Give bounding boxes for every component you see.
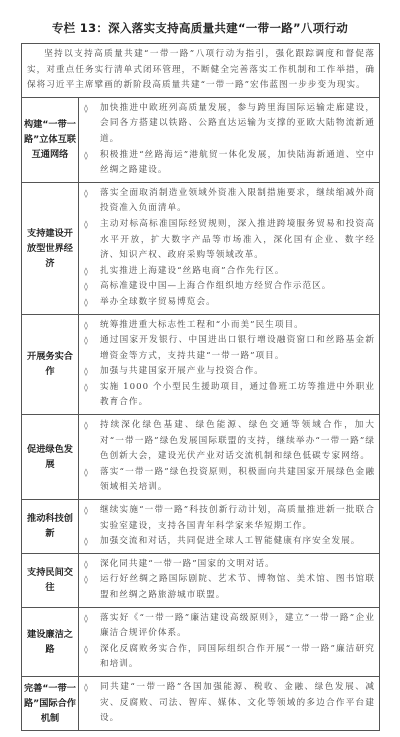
diamond-bullet-icon: ◊: [84, 572, 100, 603]
diamond-bullet-icon: ◊: [84, 611, 100, 642]
item-text: 落实“一带一路”绿色投资原则，积极面向共建国家开展绿色金融领域相关培训。: [100, 465, 375, 496]
list-item: ◊加强交流和对话，共同促进全球人工智能健康有序安全发展。: [84, 534, 375, 550]
diamond-bullet-icon: ◊: [84, 364, 100, 380]
diamond-bullet-icon: ◊: [84, 418, 100, 465]
diamond-bullet-icon: ◊: [84, 680, 100, 727]
row-items: ◊持续深化绿色基建、绿色能源、绿色交通等领域合作，加大对“一带一路”绿色发展国际…: [79, 415, 379, 499]
item-text: 落实全面取消制造业领域外资准入限制措施要求，继续缩减外商投资准入负面清单。: [100, 186, 375, 217]
diamond-bullet-icon: ◊: [84, 642, 100, 673]
table-row: 建设廉洁之路◊落实好《“一带一路”廉洁建设高级原则》，建立“一带一路”企业廉洁合…: [22, 608, 379, 677]
list-item: ◊加强与共建国家开展产业与投资合作。: [84, 364, 375, 380]
list-item: ◊加快推进中欧班列高质量发展，参与跨里海国际运输走廊建设，会同各方搭建以铁路、公…: [84, 101, 375, 148]
table-row: 支持建设开放型世界经济◊落实全面取消制造业领域外资准入限制措施要求，继续缩减外商…: [22, 183, 379, 315]
diamond-bullet-icon: ◊: [84, 557, 100, 573]
list-item: ◊持续深化绿色基建、绿色能源、绿色交通等领域合作，加大对“一带一路”绿色发展国际…: [84, 418, 375, 465]
list-item: ◊深化同共建“一带一路”国家的文明对话。: [84, 557, 375, 573]
item-text: 高标准建设中国—上海合作组织地方经贸合作示范区。: [100, 279, 375, 295]
item-text: 扎实推进上海建设“丝路电商”合作先行区。: [100, 264, 375, 280]
row-items: ◊落实好《“一带一路”廉洁建设高级原则》，建立“一带一路”企业廉洁合规评价体系。…: [79, 608, 379, 676]
item-text: 持续深化绿色基建、绿色能源、绿色交通等领域合作，加大对“一带一路”绿色发展国际联…: [100, 418, 375, 465]
list-item: ◊落实“一带一路”绿色投资原则，积极面向共建国家开展绿色金融领域相关培训。: [84, 465, 375, 496]
list-item: ◊主动对标高标准国际经贸规则，深入推进跨境服务贸易和投资高水平开放，扩大数字产品…: [84, 217, 375, 264]
diamond-bullet-icon: ◊: [84, 217, 100, 264]
row-items: ◊同共建“一带一路”各国加强能源、税收、金融、绿色发展、减灾、反腐败、司法、智库…: [79, 677, 379, 730]
diamond-bullet-icon: ◊: [84, 186, 100, 217]
row-category: 支持民间交往: [22, 554, 79, 607]
action-table: 坚持以支持高质量共建“一带一路”八项行动为指引，强化跟踪调度和督促落实，对重点任…: [21, 43, 380, 731]
diamond-bullet-icon: ◊: [84, 101, 100, 148]
table-row: 促进绿色发展◊持续深化绿色基建、绿色能源、绿色交通等领域合作，加大对“一带一路”…: [22, 415, 379, 500]
row-category: 支持建设开放型世界经济: [22, 183, 79, 314]
list-item: ◊运行好丝绸之路国际剧院、艺术节、博物馆、美术馆、图书馆联盟和丝绸之路旅游城市联…: [84, 572, 375, 603]
item-text: 通过国家开发银行、中国进出口银行增设融资窗口和丝路基金新增资金等方式，支持共建“…: [100, 333, 375, 364]
list-item: ◊同共建“一带一路”各国加强能源、税收、金融、绿色发展、减灾、反腐败、司法、智库…: [84, 680, 375, 727]
item-text: 举办全球数字贸易博览会。: [100, 295, 375, 311]
item-text: 主动对标高标准国际经贸规则，深入推进跨境服务贸易和投资高水平开放，扩大数字产品等…: [100, 217, 375, 264]
table-row: 支持民间交往◊深化同共建“一带一路”国家的文明对话。◊运行好丝绸之路国际剧院、艺…: [22, 554, 379, 608]
list-item: ◊深化反腐败务实合作，同国际组织合作开展“一带一路”廉洁研究和培训。: [84, 642, 375, 673]
table-row: 推动科技创新◊继续实施“一带一路”科技创新行动计划，高质量推进新一批联合实验室建…: [22, 500, 379, 554]
diamond-bullet-icon: ◊: [84, 465, 100, 496]
diamond-bullet-icon: ◊: [84, 264, 100, 280]
row-items: ◊落实全面取消制造业领域外资准入限制措施要求，继续缩减外商投资准入负面清单。◊主…: [79, 183, 379, 314]
list-item: ◊继续实施“一带一路”科技创新行动计划，高质量推进新一批联合实验室建设，支持各国…: [84, 503, 375, 534]
diamond-bullet-icon: ◊: [84, 148, 100, 179]
item-text: 积极推进“丝路海运”港航贸一体化发展，加快陆海新通道、空中丝绸之路建设。: [100, 148, 375, 179]
diamond-bullet-icon: ◊: [84, 279, 100, 295]
row-category: 构建“一带一路”立体互联互通网络: [22, 98, 79, 182]
diamond-bullet-icon: ◊: [84, 318, 100, 334]
list-item: ◊落实好《“一带一路”廉洁建设高级原则》，建立“一带一路”企业廉洁合规评价体系。: [84, 611, 375, 642]
item-text: 加快推进中欧班列高质量发展，参与跨里海国际运输走廊建设，会同各方搭建以铁路、公路…: [100, 101, 375, 148]
list-item: ◊积极推进“丝路海运”港航贸一体化发展，加快陆海新通道、空中丝绸之路建设。: [84, 148, 375, 179]
diamond-bullet-icon: ◊: [84, 380, 100, 411]
list-item: ◊通过国家开发银行、中国进出口银行增设融资窗口和丝路基金新增资金等方式，支持共建…: [84, 333, 375, 364]
item-text: 深化反腐败务实合作，同国际组织合作开展“一带一路”廉洁研究和培训。: [100, 642, 375, 673]
item-text: 同共建“一带一路”各国加强能源、税收、金融、绿色发展、减灾、反腐败、司法、智库、…: [100, 680, 375, 727]
diamond-bullet-icon: ◊: [84, 534, 100, 550]
row-category: 开展务实合作: [22, 315, 79, 415]
item-text: 继续实施“一带一路”科技创新行动计划，高质量推进新一批联合实验室建设，支持各国青…: [100, 503, 375, 534]
list-item: ◊扎实推进上海建设“丝路电商”合作先行区。: [84, 264, 375, 280]
diamond-bullet-icon: ◊: [84, 295, 100, 311]
table-row: 开展务实合作◊统筹推进重大标志性工程和“小而美”民生项目。◊通过国家开发银行、中…: [22, 315, 379, 416]
table-row: 构建“一带一路”立体互联互通网络◊加快推进中欧班列高质量发展，参与跨里海国际运输…: [22, 98, 379, 183]
item-text: 深化同共建“一带一路”国家的文明对话。: [100, 557, 375, 573]
list-item: ◊落实全面取消制造业领域外资准入限制措施要求，继续缩减外商投资准入负面清单。: [84, 186, 375, 217]
list-item: ◊高标准建设中国—上海合作组织地方经贸合作示范区。: [84, 279, 375, 295]
item-text: 运行好丝绸之路国际剧院、艺术节、博物馆、美术馆、图书馆联盟和丝绸之路旅游城市联盟…: [100, 572, 375, 603]
item-text: 落实好《“一带一路”廉洁建设高级原则》，建立“一带一路”企业廉洁合规评价体系。: [100, 611, 375, 642]
row-category: 促进绿色发展: [22, 415, 79, 499]
row-category: 建设廉洁之路: [22, 608, 79, 676]
diamond-bullet-icon: ◊: [84, 503, 100, 534]
row-items: ◊加快推进中欧班列高质量发展，参与跨里海国际运输走廊建设，会同各方搭建以铁路、公…: [79, 98, 379, 182]
item-text: 实施 1000 个小型民生援助项目，通过鲁班工坊等推进中外职业教育合作。: [100, 380, 375, 411]
box-title: 专栏 13：深入落实支持高质量共建“一带一路”八项行动: [0, 20, 400, 36]
diamond-bullet-icon: ◊: [84, 333, 100, 364]
list-item: ◊实施 1000 个小型民生援助项目，通过鲁班工坊等推进中外职业教育合作。: [84, 380, 375, 411]
intro-paragraph: 坚持以支持高质量共建“一带一路”八项行动为指引，强化跟踪调度和督促落实，对重点任…: [22, 44, 379, 98]
list-item: ◊统筹推进重大标志性工程和“小而美”民生项目。: [84, 318, 375, 334]
row-items: ◊深化同共建“一带一路”国家的文明对话。◊运行好丝绸之路国际剧院、艺术节、博物馆…: [79, 554, 379, 607]
table-body: 构建“一带一路”立体互联互通网络◊加快推进中欧班列高质量发展，参与跨里海国际运输…: [22, 98, 379, 730]
table-row: 完善“一带一路”国际合作机制◊同共建“一带一路”各国加强能源、税收、金融、绿色发…: [22, 677, 379, 730]
item-text: 统筹推进重大标志性工程和“小而美”民生项目。: [100, 318, 375, 334]
row-category: 推动科技创新: [22, 500, 79, 553]
list-item: ◊举办全球数字贸易博览会。: [84, 295, 375, 311]
item-text: 加强与共建国家开展产业与投资合作。: [100, 364, 375, 380]
row-items: ◊继续实施“一带一路”科技创新行动计划，高质量推进新一批联合实验室建设，支持各国…: [79, 500, 379, 553]
row-items: ◊统筹推进重大标志性工程和“小而美”民生项目。◊通过国家开发银行、中国进出口银行…: [79, 315, 379, 415]
row-category: 完善“一带一路”国际合作机制: [22, 677, 79, 730]
item-text: 加强交流和对话，共同促进全球人工智能健康有序安全发展。: [100, 534, 375, 550]
